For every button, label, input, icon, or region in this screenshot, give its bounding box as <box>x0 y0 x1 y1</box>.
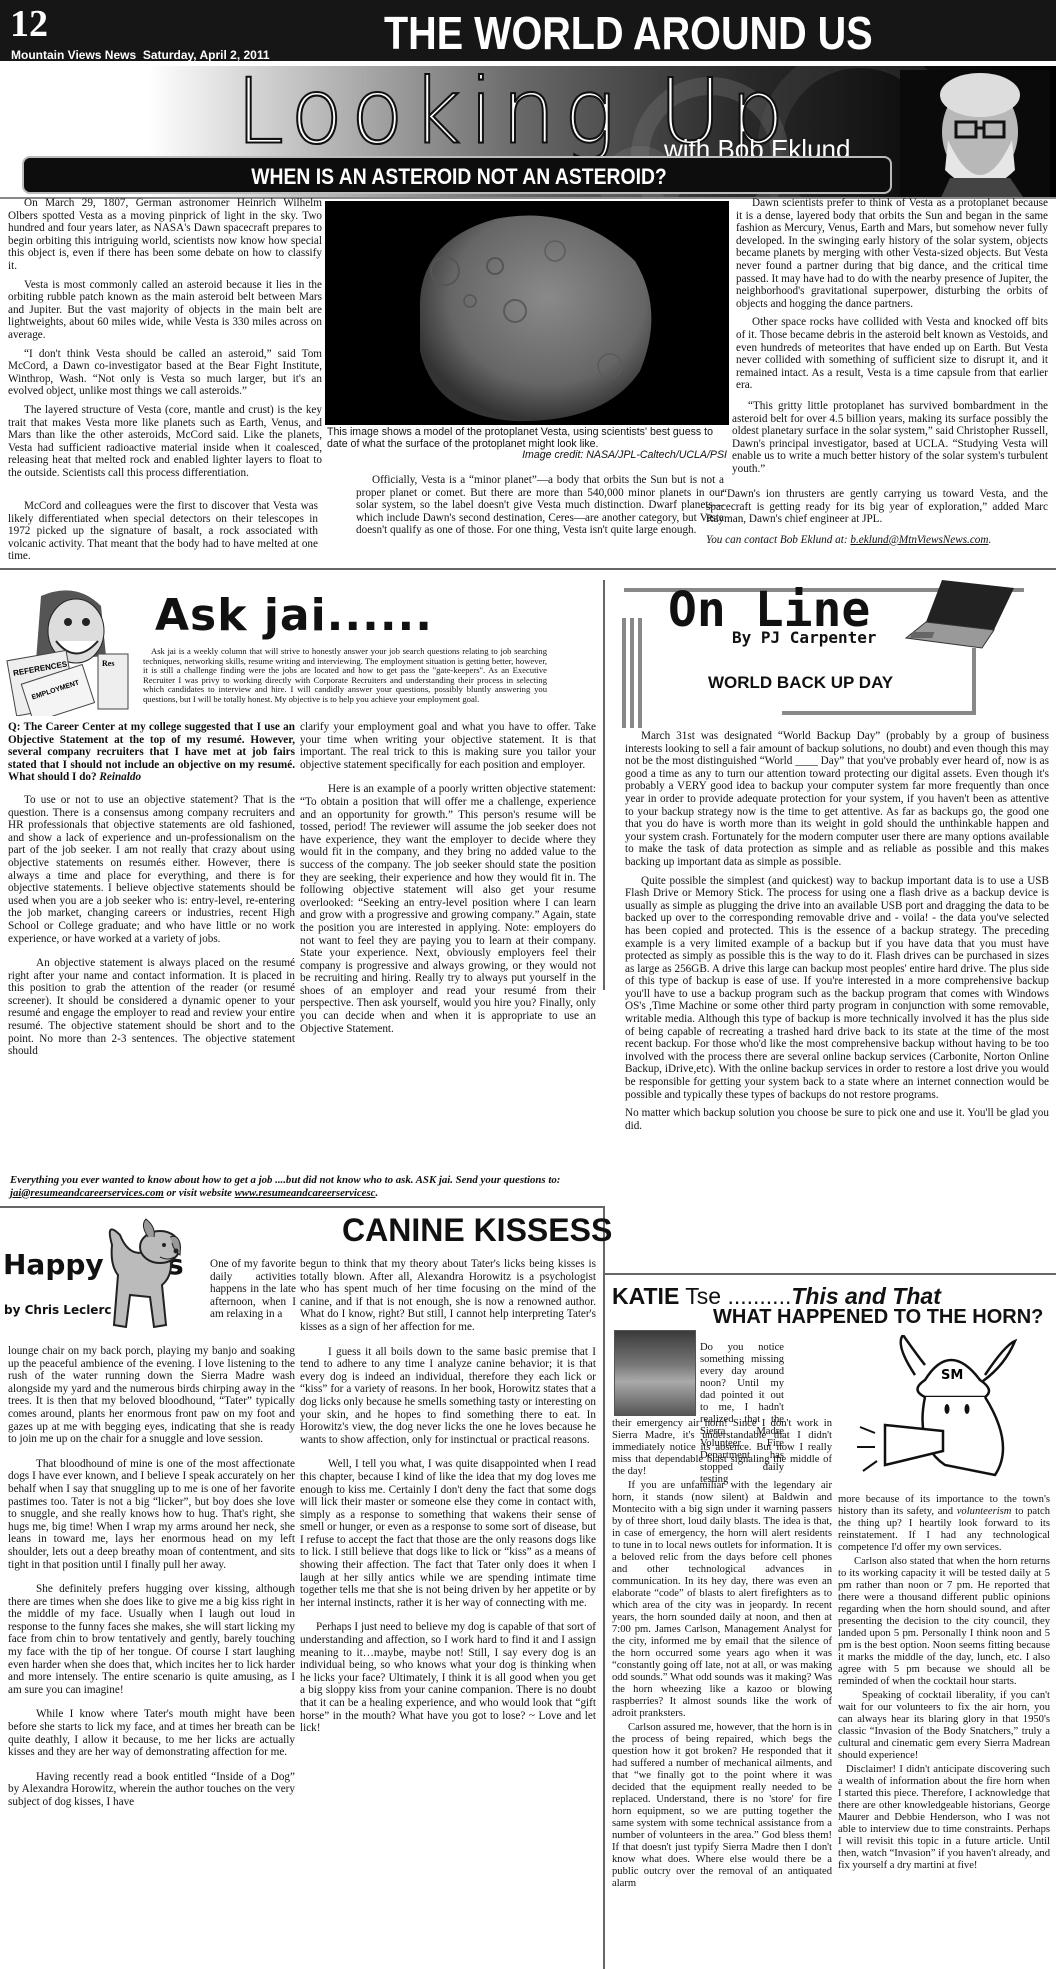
divider-vertical <box>603 580 605 990</box>
paragraph: That bloodhound of mine is one of the mo… <box>8 1458 295 1571</box>
paragraph: An objective statement is always placed … <box>8 957 295 1058</box>
canine-kisses-headline: CANINE KISSESS <box>342 1212 612 1249</box>
asteroid-vesta-illustration <box>325 201 729 425</box>
issue-line: Mountain Views News Saturday, April 2, 2… <box>11 48 270 62</box>
horn-headline: WHAT HAPPENED TO THE HORN? <box>713 1306 1043 1329</box>
ask-jai-illustration: REFERENCES EMPLOYMENT Res <box>6 586 130 716</box>
paragraph: If you are unfamiliar with the legendary… <box>612 1480 832 1720</box>
paragraph: The layered structure of Vesta (core, ma… <box>8 404 322 480</box>
paragraph: Dawn scientists prefer to think of Vesta… <box>736 197 1048 310</box>
paragraph: Carlson also stated that when the horn r… <box>838 1556 1050 1688</box>
publication-name: Mountain Views News <box>11 48 136 62</box>
image-caption: This image shows a model of the protopla… <box>327 427 727 462</box>
paragraph: Perhaps I just need to believe my dog is… <box>300 1621 596 1734</box>
author-photo-katie <box>614 1330 696 1416</box>
sm-badge: SM <box>941 1368 963 1383</box>
katie-col-2: more because of its importance to the to… <box>838 1494 1050 1874</box>
section-title: THE WORLD AROUND US <box>384 6 873 60</box>
article-headline: WHEN IS AN ASTEROID NOT AN ASTEROID? <box>76 164 842 190</box>
paragraph: While I know where Tater's mouth might h… <box>8 1708 295 1758</box>
bob-eklund-email-link[interactable]: b.eklund@MtnViewsNews.com <box>850 534 988 546</box>
page-number: 12 <box>10 2 48 46</box>
paragraph: Speaking of cocktail liberality, if you … <box>838 1690 1050 1762</box>
question-author: Reinaldo <box>99 771 141 783</box>
looking-up-col-3-cont: “This gritty little protoplanet has surv… <box>732 400 1048 482</box>
paragraph: I guess it all boils down to the same ba… <box>300 1346 596 1447</box>
ask-jai-col-2: clarify your employment goal and what yo… <box>300 721 596 1041</box>
ask-jai-title: Ask jai...... <box>155 590 433 641</box>
divider <box>603 1273 1056 1275</box>
paragraph: Officially, Vesta is a “minor planet”—a … <box>356 474 724 537</box>
paragraph: Other space rocks have collided with Ves… <box>736 316 1048 392</box>
paragraph: Disclaimer! I didn't anticipate discover… <box>838 1764 1050 1872</box>
looking-up-col-3: Dawn scientists prefer to think of Vesta… <box>736 197 1048 398</box>
paragraph: To use or not to use an objective statem… <box>8 794 295 945</box>
paragraph: McCord and colleagues were the first to … <box>8 500 318 563</box>
resume-website-link[interactable]: www.resumeandcareerservicesc <box>235 1187 376 1199</box>
paragraph: No matter which backup solution you choo… <box>625 1107 1049 1132</box>
vesta-image <box>325 201 729 425</box>
looking-up-col-3-end: “Dawn's ion thrusters are gently carryin… <box>706 488 1048 552</box>
fire-mascot-horn-illustration: SM <box>855 1335 1045 1485</box>
contact-line: You can contact Bob Eklund at: b.eklund@… <box>706 534 1048 547</box>
divider <box>0 568 1056 570</box>
caption-text: This image shows a model of the protopla… <box>327 426 713 450</box>
happy-tails-col-1: lounge chair on my back porch, playing m… <box>8 1345 295 1815</box>
on-line-byline: By PJ Carpenter <box>732 628 877 647</box>
issue-date: Saturday, April 2, 2011 <box>143 48 270 62</box>
paragraph: Quite possible the simplest (and quickes… <box>625 875 1049 1102</box>
paragraph: Here is an example of a poorly written o… <box>300 783 596 1035</box>
paragraph: their emergency air horn! Since I don't … <box>612 1418 832 1478</box>
laptop-icon <box>902 578 1017 650</box>
paragraph: On March 29, 1807, German astronomer Hei… <box>8 197 322 273</box>
paragraph: Carlson assured me, however, that the ho… <box>612 1722 832 1890</box>
paragraph: “Dawn's ion thrusters are gently carryin… <box>706 488 1048 526</box>
katie-col-1: their emergency air horn! Since I don't … <box>612 1418 832 1892</box>
looking-up-col-mid: Officially, Vesta is a “minor planet”—a … <box>356 474 724 543</box>
paragraph: “I don't think Vesta should be called an… <box>8 348 322 398</box>
ask-jai-intro: Ask jai is a weekly column that will str… <box>143 647 547 705</box>
looking-up-banner: Looking Up with Bob Eklund WHEN IS AN AS… <box>0 66 1056 199</box>
on-line-headline: WORLD BACK UP DAY <box>708 673 893 693</box>
reader-question: Q: The Career Center at my college sugge… <box>8 721 295 784</box>
paragraph: Vesta is most commonly called an asteroi… <box>8 279 322 342</box>
ask-jai-footer: Everything you ever wanted to know about… <box>10 1174 596 1199</box>
paragraph: clarify your employment goal and what yo… <box>300 721 596 771</box>
looking-up-col-1-cont: McCord and colleagues were the first to … <box>8 500 318 569</box>
paragraph: lounge chair on my back porch, playing m… <box>8 1345 295 1446</box>
divider-vertical <box>603 1206 605 1969</box>
svg-text:Res: Res <box>102 659 114 668</box>
happy-tails-intro-wrap: One of my favorite daily activities happ… <box>210 1258 296 1327</box>
jai-email-link[interactable]: jai@resumeandcareerservices.com <box>10 1187 164 1199</box>
paragraph: more because of its importance to the to… <box>838 1494 1050 1554</box>
dog-illustration <box>90 1215 184 1333</box>
image-credit: Image credit: NASA/JPL-Caltech/UCLA/PSI <box>327 450 727 462</box>
on-line-header: On Line By PJ Carpenter WORLD BACK UP DA… <box>612 578 1052 726</box>
paragraph: “This gritty little protoplanet has surv… <box>732 400 1048 476</box>
paragraph: March 31st was designated “World Backup … <box>625 730 1049 869</box>
divider <box>0 1206 603 1208</box>
author-photo <box>900 70 1050 199</box>
on-line-body: March 31st was designated “World Backup … <box>625 730 1049 1138</box>
ask-jai-col-1: Q: The Career Center at my college sugge… <box>8 721 295 1064</box>
headline-bar: WHEN IS AN ASTEROID NOT AN ASTEROID? <box>22 156 892 194</box>
paragraph: She definitely prefers hugging over kiss… <box>8 1583 295 1696</box>
looking-up-col-1: On March 29, 1807, German astronomer Hei… <box>8 197 322 485</box>
happy-tails-col-2: begun to think that my theory about Tate… <box>300 1258 596 1741</box>
paragraph: Well, I tell you what, I was quite disap… <box>300 1458 596 1609</box>
masthead: 12 Mountain Views News Saturday, April 2… <box>0 0 1056 63</box>
paragraph: Having recently read a book entitled “In… <box>8 1771 295 1809</box>
paragraph: begun to think that my theory about Tate… <box>300 1258 596 1334</box>
